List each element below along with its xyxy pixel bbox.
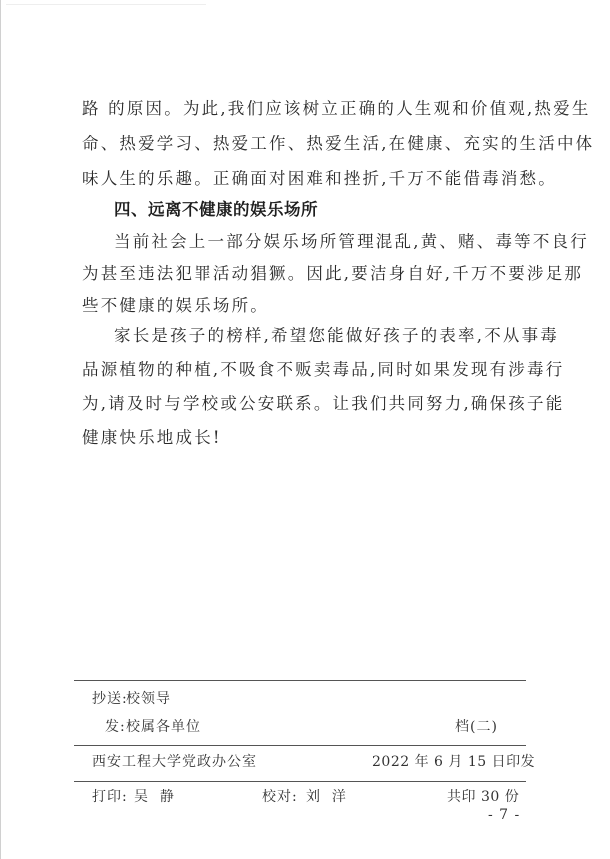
paragraph-line: 些不健康的娱乐场所。 [82, 295, 532, 317]
send-label: 发: [105, 718, 126, 736]
divider [74, 745, 526, 746]
cc-label: 抄送: [92, 690, 128, 708]
proofreader-label: 校对: [262, 788, 298, 806]
section-heading: 四、远离不健康的娱乐场所 [114, 199, 318, 221]
paragraph-line: 健康快乐地成长! [82, 427, 532, 449]
divider [74, 680, 526, 681]
paragraph-line: 家长是孩子的榜样,希望您能做好孩子的表率,不从事毒 [114, 325, 564, 347]
typist: 吴 静 [134, 788, 175, 806]
cc-value: 校领导 [126, 690, 171, 708]
typist-label: 打印: [92, 788, 128, 806]
paragraph-line: 味人生的乐趣。正确面对困难和挫折,千万不能借毒消愁。 [82, 168, 532, 190]
send-value: 校属各单位 [126, 718, 201, 736]
copies-count: 共印 30 份 [447, 788, 519, 806]
paragraph-line: 为,请及时与学校或公安联系。让我们共同努力,确保孩子能 [82, 393, 532, 415]
paragraph-line: 命、热爱学习、热爱工作、热爱生活,在健康、充实的生活中体 [82, 133, 532, 155]
paragraph-line: 品源植物的种植,不吸食不贩卖毒品,同时如果发现有涉毒行 [82, 359, 532, 381]
issue-date: 2022 年 6 月 15 日印发 [372, 753, 535, 771]
paragraph-line: 当前社会上一部分娱乐场所管理混乱,黄、赌、毒等不良行 [114, 231, 564, 253]
paragraph-line: 为甚至违法犯罪活动猖獗。因此,要洁身自好,千万不要涉足那 [82, 263, 532, 285]
issuer: 西安工程大学党政办公室 [92, 753, 257, 771]
page-edge [0, 0, 1, 859]
page-number: - 7 - [488, 806, 520, 824]
proofreader: 刘 洋 [306, 788, 347, 806]
divider [74, 781, 526, 782]
paragraph-line: 路 的原因。为此,我们应该树立正确的人生观和价值观,热爱生 [82, 98, 532, 120]
archive-mark: 档(二) [455, 718, 498, 736]
scan-artifact [6, 4, 206, 5]
